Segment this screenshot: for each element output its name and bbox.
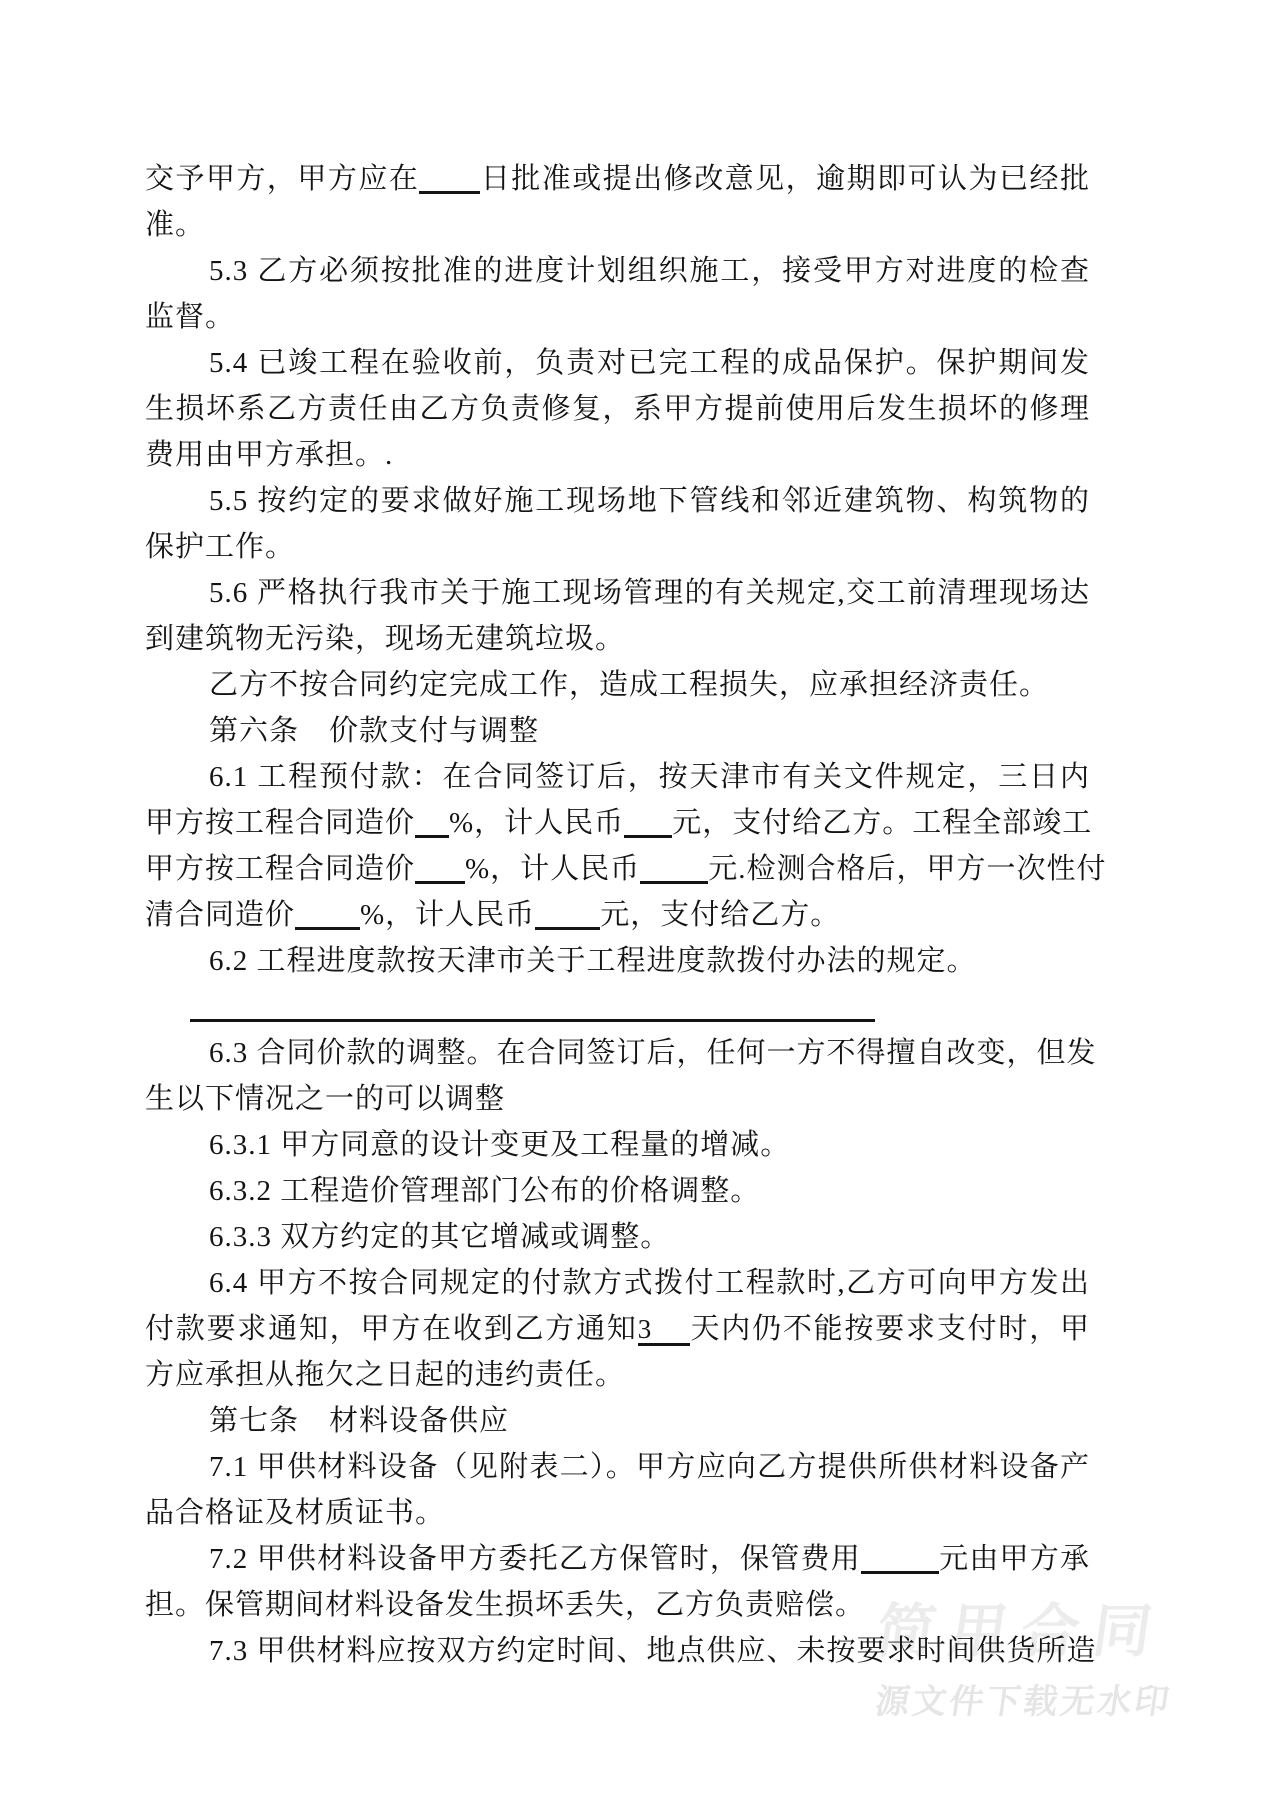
contract-text: 交予甲方，甲方应在日批准或提出修改意见，逾期即可认为已经批准。5.3 乙方必须按… xyxy=(145,156,1090,1674)
line-text: 元.检测合格后，甲方一次性付 xyxy=(708,853,1106,885)
document-line: 乙方不按合同约定完成工作，造成工程损失，应承担经济责任。 xyxy=(145,662,1090,708)
line-text: 交予甲方，甲方应在 xyxy=(145,163,419,195)
line-text: 乙方不按合同约定完成工作，造成工程损失，应承担经济责任。 xyxy=(209,669,1049,701)
contract-page: 简用合同 源文件下载无水印 交予甲方，甲方应在日批准或提出修改意见，逾期即可认为… xyxy=(0,0,1280,1810)
document-line: 5.3 乙方必须按批准的进度计划组织施工，接受甲方对进度的检查 xyxy=(145,248,1090,294)
document-line: 6.3.3 双方约定的其它增减或调整。 xyxy=(145,1214,1090,1260)
line-text: 6.2 工程进度款按天津市关于工程进度款拨付办法的规定。 xyxy=(209,945,977,977)
line-text: %，计人民币 xyxy=(449,807,624,839)
line-text: 6.1 工程预付款：在合同签订后，按天津市有关文件规定，三日内 xyxy=(209,761,1090,793)
line-text: 担。保管期间材料设备发生损坏丢失，乙方负责赔偿。 xyxy=(145,1589,865,1621)
document-line: 6.3.2 工程造价管理部门公布的价格调整。 xyxy=(145,1168,1090,1214)
line-text: 监督。 xyxy=(145,301,235,333)
blank-field: 3 xyxy=(638,1315,690,1346)
line-text: 7.3 甲供材料应按双方约定时间、地点供应、未按要求时间供货所造 xyxy=(209,1635,1097,1667)
section-heading-7: 第七条 材料设备供应 xyxy=(145,1398,1090,1444)
document-line: 清合同造价%，计人民币元，支付给乙方。 xyxy=(145,892,1090,938)
blank-field xyxy=(861,1543,939,1574)
document-line: 费用由甲方承担。. xyxy=(145,432,1090,478)
document-line: 7.3 甲供材料应按双方约定时间、地点供应、未按要求时间供货所造 xyxy=(145,1628,1090,1674)
blank-field xyxy=(624,807,672,838)
document-line: 6.3.1 甲方同意的设计变更及工程量的增减。 xyxy=(145,1122,1090,1168)
document-line: 生以下情况之一的可以调整 xyxy=(145,1076,1090,1122)
line-text: 元由甲方承 xyxy=(939,1543,1090,1575)
line-text: 6.3 合同价款的调整。在合同签订后，任何一方不得擅自改变，但发 xyxy=(209,1037,1097,1069)
blank-underline-row xyxy=(145,984,1090,1030)
line-text: 元，支付给乙方。工程全部竣工 xyxy=(672,807,1092,839)
spacer xyxy=(145,1006,190,1016)
line-text: 生以下情况之一的可以调整 xyxy=(145,1083,505,1115)
document-line: 监督。 xyxy=(145,294,1090,340)
line-text: 7.1 甲供材料设备（见附表二）。甲方应向乙方提供所供材料设备产 xyxy=(209,1451,1090,1483)
line-text: 生损坏系乙方责任由乙方负责修复，系甲方提前使用后发生损坏的修理 xyxy=(145,393,1090,425)
document-line: 6.3 合同价款的调整。在合同签订后，任何一方不得擅自改变，但发 xyxy=(145,1030,1090,1076)
line-text: 到建筑物无污染，现场无建筑垃圾。 xyxy=(145,623,625,655)
line-text: 元，支付给乙方。 xyxy=(600,899,840,931)
document-line: 担。保管期间材料设备发生损坏丢失，乙方负责赔偿。 xyxy=(145,1582,1090,1628)
section-heading-6: 第六条 价款支付与调整 xyxy=(145,708,1090,754)
document-line: 交予甲方，甲方应在日批准或提出修改意见，逾期即可认为已经批 xyxy=(145,156,1090,202)
blank-field xyxy=(640,853,708,884)
document-line: 生损坏系乙方责任由乙方负责修复，系甲方提前使用后发生损坏的修理 xyxy=(145,386,1090,432)
blank-field xyxy=(415,853,465,884)
line-text: 6.3.1 甲方同意的设计变更及工程量的增减。 xyxy=(209,1129,790,1161)
line-text: 日批准或提出修改意见，逾期即可认为已经批 xyxy=(480,163,1090,195)
line-text: 天内仍不能按要求支付时，甲 xyxy=(690,1313,1090,1345)
document-line: 7.1 甲供材料设备（见附表二）。甲方应向乙方提供所供材料设备产 xyxy=(145,1444,1090,1490)
line-text: 第六条 价款支付与调整 xyxy=(209,715,539,747)
line-text: 品合格证及材质证书。 xyxy=(145,1497,445,1529)
line-text: %，计人民币 xyxy=(465,853,640,885)
blank-field xyxy=(415,807,449,838)
line-text: 甲方按工程合同造价 xyxy=(145,807,415,839)
document-line: 保护工作。 xyxy=(145,524,1090,570)
document-line: 6.1 工程预付款：在合同签订后，按天津市有关文件规定，三日内 xyxy=(145,754,1090,800)
line-text: 准。 xyxy=(145,209,205,241)
document-line: 6.4 甲方不按合同规定的付款方式拨付工程款时,乙方可向甲方发出 xyxy=(145,1260,1090,1306)
line-text: %，计人民币 xyxy=(360,899,535,931)
line-text: 5.4 已竣工程在验收前，负责对已完工程的成品保护。保护期间发 xyxy=(209,347,1090,379)
blank-field xyxy=(295,899,360,930)
document-line: 甲方按工程合同造价%，计人民币元.检测合格后，甲方一次性付 xyxy=(145,846,1090,892)
line-text: 方应承担从拖欠之日起的违约责任。 xyxy=(145,1359,625,1391)
document-line: 准。 xyxy=(145,202,1090,248)
document-line: 5.6 严格执行我市关于施工现场管理的有关规定,交工前清理现场达 xyxy=(145,570,1090,616)
line-text: 6.3.3 双方约定的其它增减或调整。 xyxy=(209,1221,670,1253)
line-text: 第七条 材料设备供应 xyxy=(209,1405,509,1437)
blank-field xyxy=(419,163,480,194)
line-text: 费用由甲方承担。. xyxy=(145,439,393,471)
line-text: 5.6 严格执行我市关于施工现场管理的有关规定,交工前清理现场达 xyxy=(209,577,1090,609)
line-text: 6.4 甲方不按合同规定的付款方式拨付工程款时,乙方可向甲方发出 xyxy=(209,1267,1090,1299)
line-text: 5.3 乙方必须按批准的进度计划组织施工，接受甲方对进度的检查 xyxy=(209,255,1090,287)
line-text: 甲方按工程合同造价 xyxy=(145,853,415,885)
document-line: 5.5 按约定的要求做好施工现场地下管线和邻近建筑物、构筑物的 xyxy=(145,478,1090,524)
document-line: 品合格证及材质证书。 xyxy=(145,1490,1090,1536)
document-line: 到建筑物无污染，现场无建筑垃圾。 xyxy=(145,616,1090,662)
line-text: 清合同造价 xyxy=(145,899,295,931)
blank-field xyxy=(535,899,600,930)
document-line: 5.4 已竣工程在验收前，负责对已完工程的成品保护。保护期间发 xyxy=(145,340,1090,386)
document-line: 付款要求通知，甲方在收到乙方通知3天内仍不能按要求支付时，甲 xyxy=(145,1306,1090,1352)
document-line: 6.2 工程进度款按天津市关于工程进度款拨付办法的规定。 xyxy=(145,938,1090,984)
document-line: 甲方按工程合同造价%，计人民币元，支付给乙方。工程全部竣工 xyxy=(145,800,1090,846)
line-text: 5.5 按约定的要求做好施工现场地下管线和邻近建筑物、构筑物的 xyxy=(209,485,1090,517)
line-text: 6.3.2 工程造价管理部门公布的价格调整。 xyxy=(209,1175,760,1207)
line-text: 保护工作。 xyxy=(145,531,295,563)
document-line: 7.2 甲供材料设备甲方委托乙方保管时，保管费用元由甲方承 xyxy=(145,1536,1090,1582)
blank-field xyxy=(190,991,875,1022)
line-text: 付款要求通知，甲方在收到乙方通知 xyxy=(145,1313,638,1345)
watermark-tagline-text: 源文件下载无水印 xyxy=(873,1674,1176,1723)
document-line: 方应承担从拖欠之日起的违约责任。 xyxy=(145,1352,1090,1398)
line-text: 7.2 甲供材料设备甲方委托乙方保管时，保管费用 xyxy=(209,1543,861,1575)
